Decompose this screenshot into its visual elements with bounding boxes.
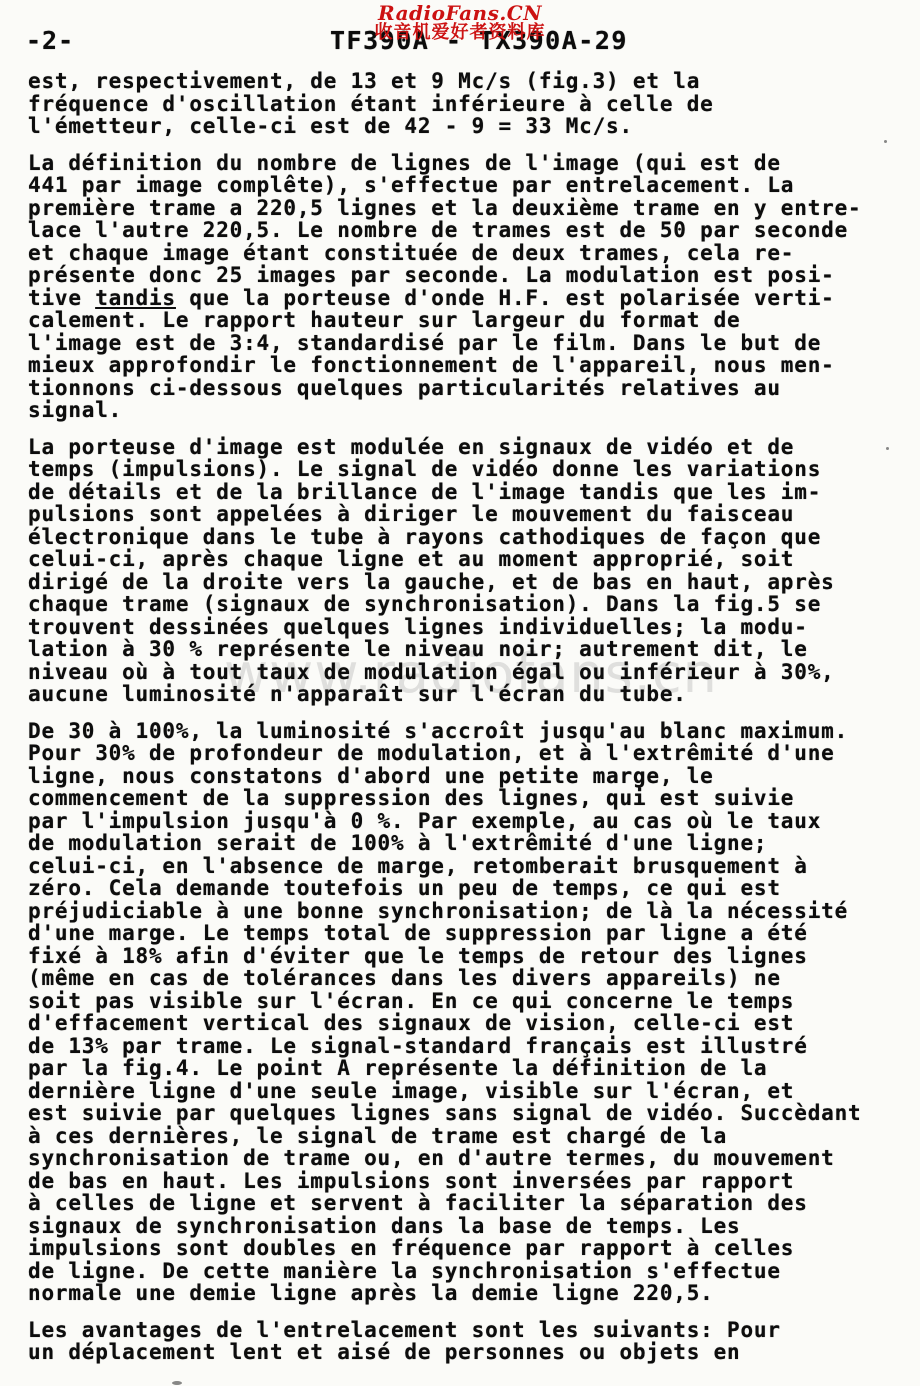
paragraph-2: La définition du nombre de lignes de l'i… <box>28 152 894 422</box>
document-body: est, respectivement, de 13 et 9 Mc/s (fi… <box>28 70 894 1378</box>
paragraph-4: De 30 à 100%, la luminosité s'accroît ju… <box>28 720 894 1305</box>
page-header: -2- TF390A - TX390A-29 <box>0 26 920 58</box>
page-number: -2- <box>26 26 74 55</box>
scan-speck <box>172 1381 182 1385</box>
document-page: RadioFans.CN 收音机爱好者资料库 www.radiofans.cn … <box>0 0 920 1386</box>
paragraph-1: est, respectivement, de 13 et 9 Mc/s (fi… <box>28 70 894 138</box>
paragraph-3: La porteuse d'image est modulée en signa… <box>28 436 894 706</box>
document-title: TF390A - TX390A-29 <box>330 26 628 55</box>
paragraph-5: Les avantages de l'entrelacement sont le… <box>28 1319 894 1364</box>
radiofans-watermark-text: RadioFans.CN <box>0 3 920 23</box>
